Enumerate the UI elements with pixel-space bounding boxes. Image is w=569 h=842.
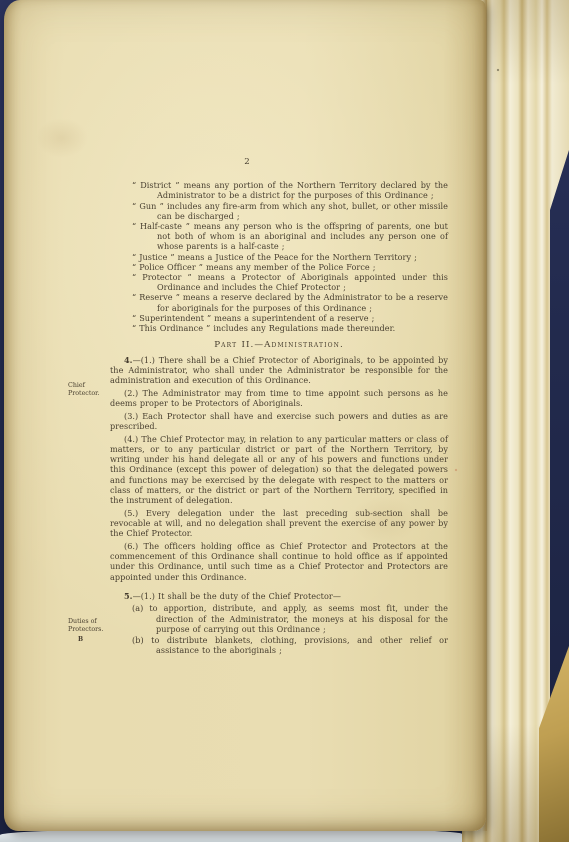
section-paragraph: (a) to apportion, distribute, and apply,… xyxy=(110,603,448,634)
section-paragraph: (4.) The Chief Protector may, in relatio… xyxy=(110,434,448,505)
section-number: 4. xyxy=(124,355,133,365)
definition-item: “ District ” means any portion of the No… xyxy=(110,180,448,200)
section-text: (3.) Each Protector shall have and exerc… xyxy=(110,411,448,431)
margin-note: Duties of Protectors. xyxy=(68,618,112,633)
definition-item: “ Reserve ” means a reserve declared by … xyxy=(110,292,448,312)
section-paragraph: (5.) Every delegation under the last pre… xyxy=(110,508,448,539)
section-text: (2.) The Administrator may from time to … xyxy=(110,388,448,408)
sections-list: 4.—(1.) There shall be a Chief Protector… xyxy=(110,355,448,655)
section-paragraph: (3.) Each Protector shall have and exerc… xyxy=(110,411,448,431)
section-text: —(1.) There shall be a Chief Protector o… xyxy=(110,355,448,385)
section-paragraph: (b) to distribute blankets, clothing, pr… xyxy=(110,635,448,655)
page-text-block: 2 “ District ” means any portion of the … xyxy=(110,157,448,656)
definition-item: “ Police Officer ” means any member of t… xyxy=(110,262,448,272)
book-photo: 2 “ District ” means any portion of the … xyxy=(0,0,569,842)
section-paragraph: 4.—(1.) There shall be a Chief Protector… xyxy=(110,355,448,386)
definition-item: “ Protector ” means a Protector of Abori… xyxy=(110,272,448,292)
definition-item: “ Justice ” means a Justice of the Peace… xyxy=(110,252,448,262)
section-text: —(1.) It shall be the duty of the Chief … xyxy=(133,591,341,601)
margin-note: Chief Protector. xyxy=(68,382,112,397)
page-number: 2 xyxy=(110,157,448,167)
section-text: (b) to distribute blankets, clothing, pr… xyxy=(132,635,448,655)
section-text: (a) to apportion, distribute, and apply,… xyxy=(132,603,448,633)
definition-item: “ Superintendent ” means a superintenden… xyxy=(110,313,448,323)
section-text: (5.) Every delegation under the last pre… xyxy=(110,508,448,538)
section-text: (4.) The Chief Protector may, in relatio… xyxy=(110,434,448,505)
section-text: (6.) The officers holding office as Chie… xyxy=(110,541,448,582)
document-page: 2 “ District ” means any portion of the … xyxy=(4,0,486,831)
section-number: 5. xyxy=(124,591,133,601)
definition-item: “ This Ordinance ” includes any Regulati… xyxy=(110,323,448,333)
printer-signature-mark: B xyxy=(78,636,83,643)
part-heading: Part II.—Administration. xyxy=(110,340,448,350)
definitions-list: “ District ” means any portion of the No… xyxy=(110,180,448,333)
definition-item: “ Gun ” includes any fire-arm from which… xyxy=(110,201,448,221)
section-paragraph: (6.) The officers holding office as Chie… xyxy=(110,541,448,582)
definition-item: “ Half-caste ” means any person who is t… xyxy=(110,221,448,252)
section-paragraph: 5.—(1.) It shall be the duty of the Chie… xyxy=(110,591,448,601)
section-paragraph: (2.) The Administrator may from time to … xyxy=(110,388,448,408)
